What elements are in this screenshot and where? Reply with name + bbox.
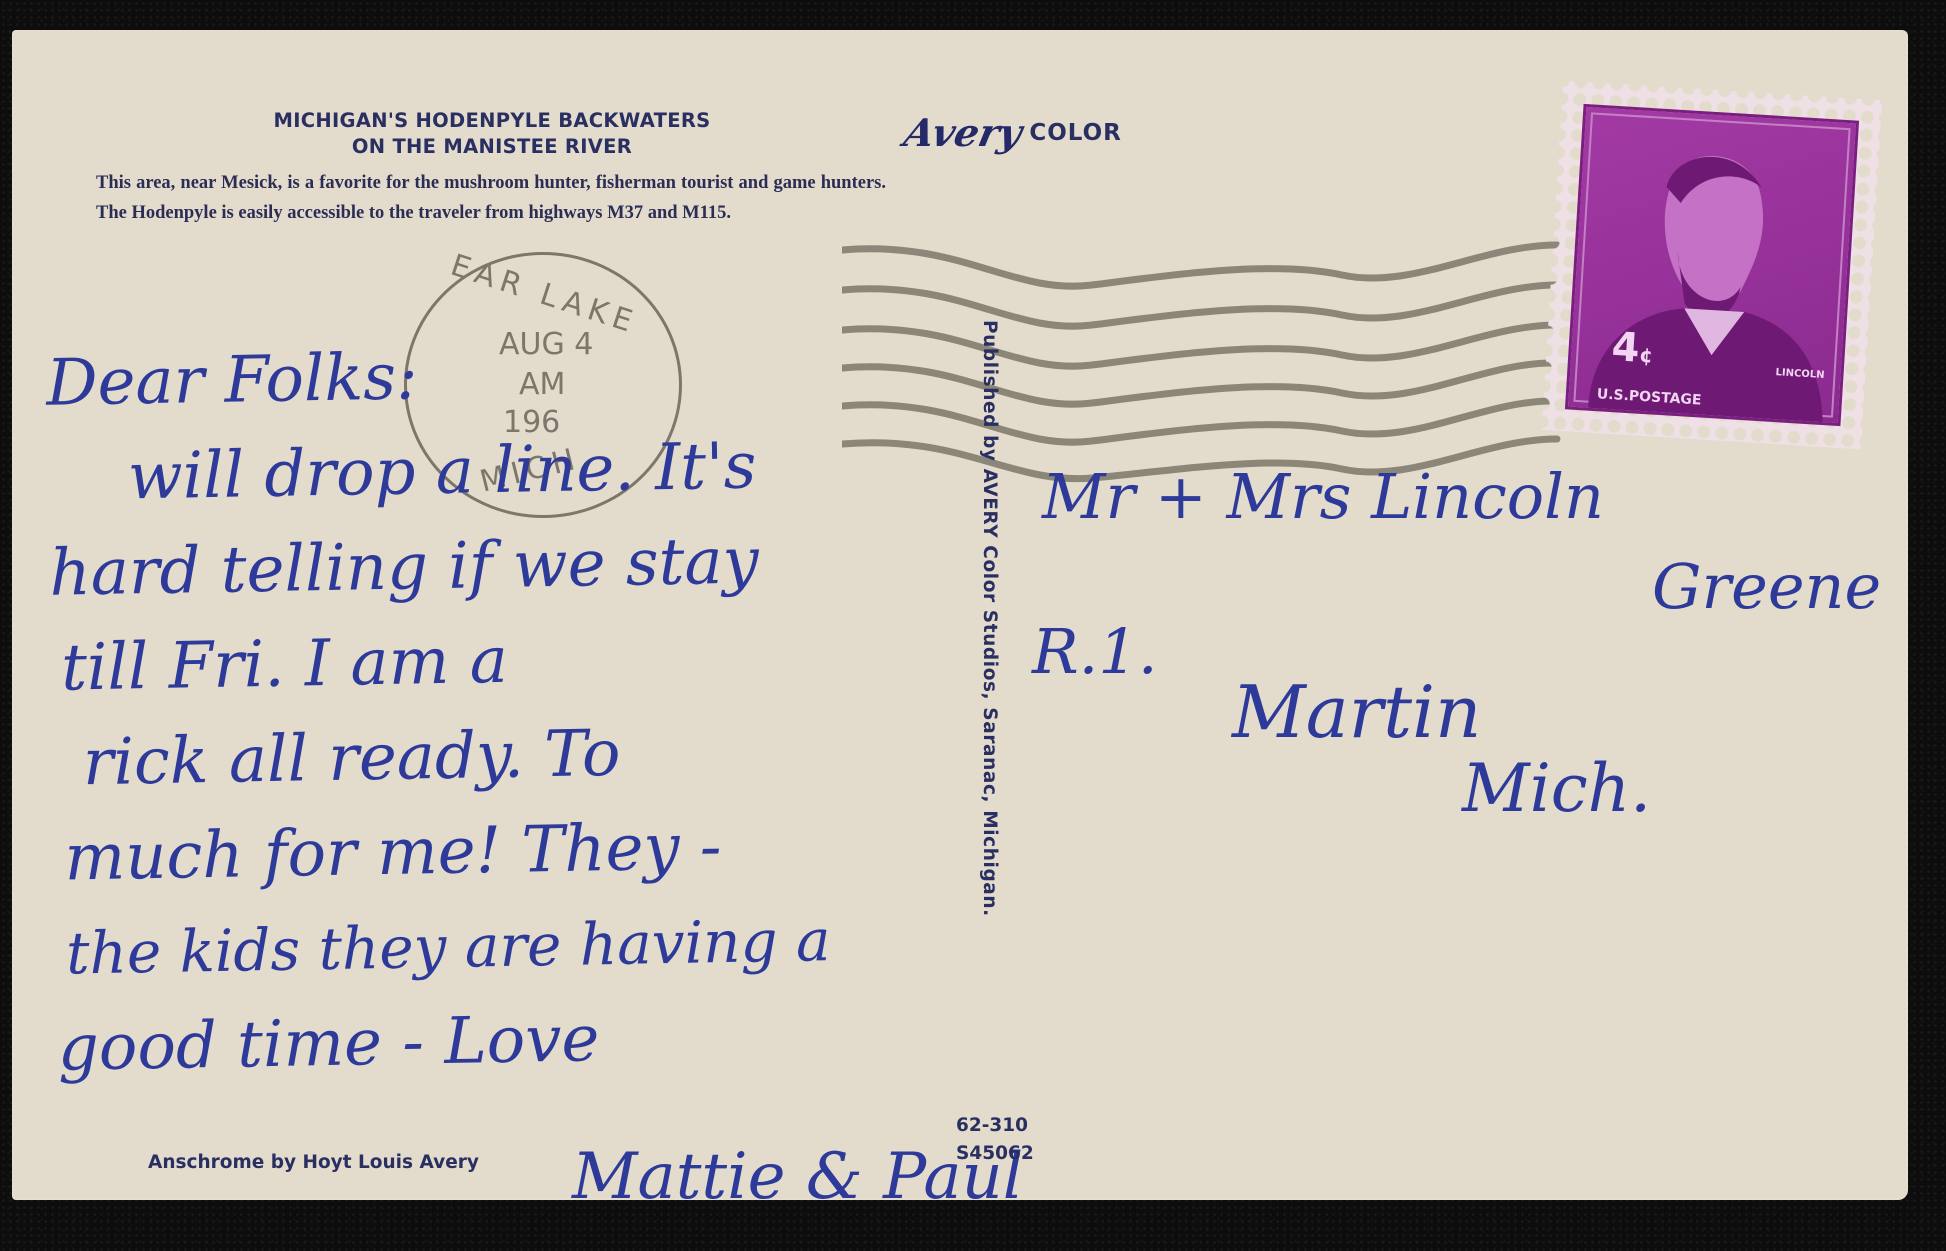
message-line: the kids they are having a bbox=[55, 893, 831, 1002]
photo-credit: Anschrome by Hoyt Louis Avery bbox=[148, 1152, 479, 1173]
avery-color-logo: Avery COLOR bbox=[905, 110, 1122, 155]
address-line-4: Martin bbox=[1232, 670, 1481, 754]
card-codes: 62-310 S45062 bbox=[956, 1112, 1034, 1168]
stamp-face: 4¢ U.S.POSTAGE LINCOLN bbox=[1565, 104, 1859, 426]
card-code-2: S45062 bbox=[956, 1140, 1034, 1168]
card-code-1: 62-310 bbox=[956, 1112, 1034, 1140]
message-line: Dear Folks: bbox=[45, 323, 821, 432]
message-line: will drop a line. It's bbox=[47, 418, 823, 527]
message-line: rick all ready. To bbox=[52, 703, 828, 812]
postcard-back: MICHIGAN'S HODENPYLE BACKWATERS ON THE M… bbox=[12, 30, 1908, 1200]
message-line: much for me! They - bbox=[54, 798, 830, 907]
caption-line-1: MICHIGAN'S HODENPYLE BACKWATERS bbox=[232, 108, 752, 134]
caption-description: This area, near Mesick, is a favorite fo… bbox=[96, 168, 886, 228]
caption-line-2: ON THE MANISTEE RIVER bbox=[232, 134, 752, 160]
logo-script: Avery bbox=[900, 110, 1026, 155]
address-line-1: Mr + Mrs Lincoln bbox=[1042, 460, 1604, 533]
address-line-2: Greene bbox=[1652, 550, 1881, 623]
address-line-3: R.1. bbox=[1032, 615, 1158, 688]
cancellation-wave-lines bbox=[842, 240, 1562, 490]
message-line: till Fri. I am a bbox=[50, 608, 826, 717]
stamp-value: 4¢ bbox=[1610, 324, 1654, 372]
publisher-vertical-text: Published by AVERY Color Studios, Sarana… bbox=[979, 320, 1000, 917]
address-line-5: Mich. bbox=[1462, 750, 1651, 827]
handwritten-message: Dear Folks: will drop a line. It's hard … bbox=[45, 323, 833, 1096]
postage-stamp: 4¢ U.S.POSTAGE LINCOLN bbox=[1542, 81, 1883, 450]
logo-word: COLOR bbox=[1029, 120, 1122, 146]
message-line: hard telling if we stay bbox=[49, 513, 825, 622]
message-line: good time - Love bbox=[57, 988, 833, 1097]
postcard-caption-title: MICHIGAN'S HODENPYLE BACKWATERS ON THE M… bbox=[232, 108, 752, 160]
